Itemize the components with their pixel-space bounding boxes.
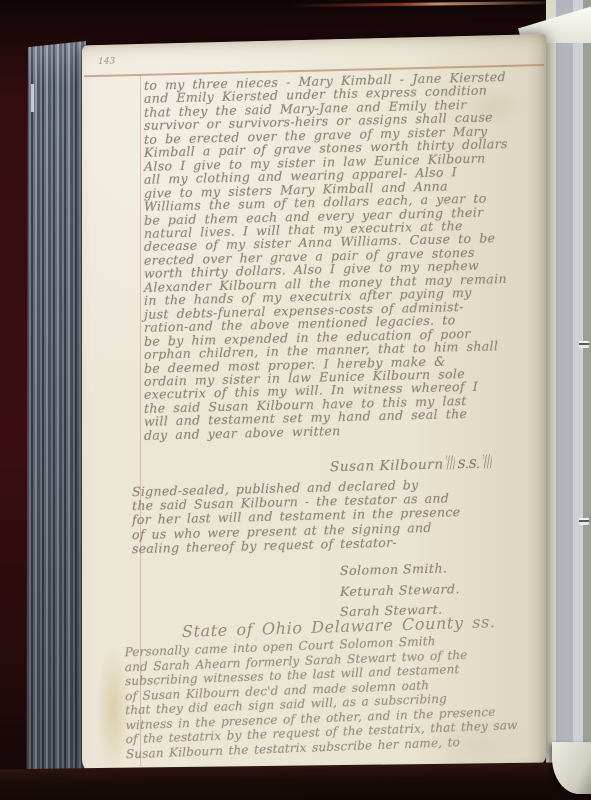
testator-signature: Susan Kilbourn [330,457,444,476]
cover-glint [290,1,560,7]
seal-scribble: S.S. [450,456,488,471]
book-cover-bottom [0,762,591,800]
photo-probate-record-book: 143 to my three nieces - Mary Kimball - … [0,0,591,800]
page-edge-highlight [31,84,34,112]
attestation-clause: Signed-sealed, published and declared by… [132,477,462,556]
ledger-page: 143 to my three nieces - Mary Kimball - … [82,34,546,775]
will-body-text: to my three nieces - Mary Kimball - Jane… [144,69,546,442]
book-page-edges-left [20,38,86,798]
page-band-clip [579,341,589,348]
seal-text: S.S. [458,457,480,472]
probate-body-text: Personally came into open Court Solomon … [125,630,554,762]
page-band-clip [579,518,589,525]
testator-signature-row: Susan KilbournS.S. [330,454,540,475]
witness-signatures: Solomon Smith.Keturah Steward.Sarah Stew… [340,556,540,622]
page-number: 143 [98,57,115,67]
